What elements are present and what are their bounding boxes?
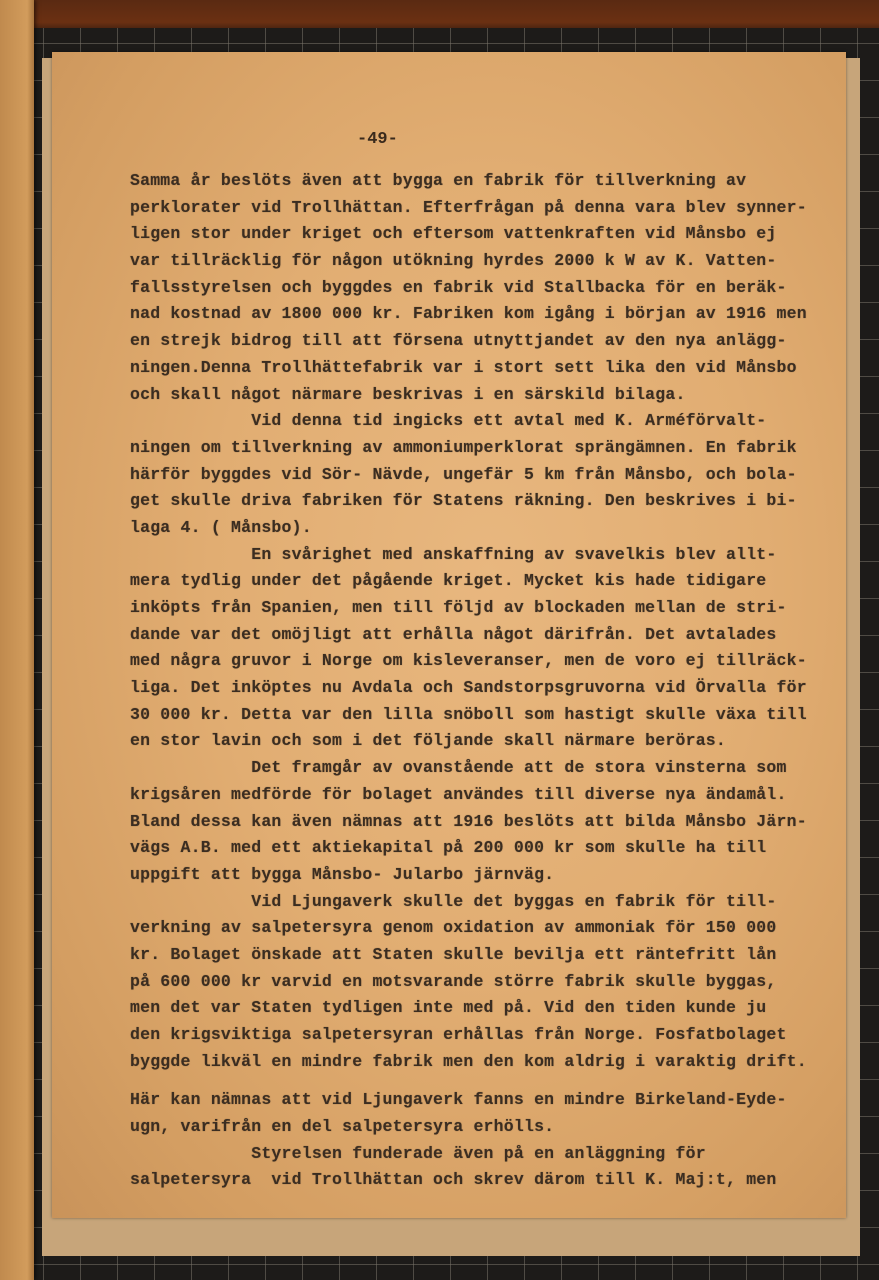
text-line: ningen.Denna Trollhättefabrik var i stor… [130, 355, 830, 382]
text-line: Här kan nämnas att vid Ljungaverk fanns … [130, 1087, 830, 1114]
text-line: krigsåren medförde för bolaget användes … [130, 782, 830, 809]
page-number: -49- [357, 130, 398, 149]
text-line: den krigsviktiga salpetersyran erhållas … [130, 1022, 830, 1049]
text-line: med några gruvor i Norge om kisleveranse… [130, 648, 830, 675]
text-line: kr. Bolaget önskade att Staten skulle be… [130, 942, 830, 969]
text-line: Bland dessa kan även nämnas att 1916 bes… [130, 809, 830, 836]
text-line: vägs A.B. med ett aktiekapital på 200 00… [130, 835, 830, 862]
text-line: ningen om tillverkning av ammoniumperklo… [130, 435, 830, 462]
text-line: verkning av salpetersyra genom oxidation… [130, 915, 830, 942]
text-line: men det var Staten tydligen inte med på.… [130, 995, 830, 1022]
text-line: en stor lavin och som i det följande ska… [130, 728, 830, 755]
text-line: en strejk bidrog till att försena utnytt… [130, 328, 830, 355]
text-line: och skall något närmare beskrivas i en s… [130, 382, 830, 409]
typewritten-body-text: Samma år beslöts även att bygga en fabri… [130, 168, 830, 1194]
text-line: get skulle driva fabriken för Statens rä… [130, 488, 830, 515]
text-line: Samma år beslöts även att bygga en fabri… [130, 168, 830, 195]
text-line: nad kostnad av 1800 000 kr. Fabriken kom… [130, 301, 830, 328]
text-line: härför byggdes vid Sör- Nävde, ungefär 5… [130, 462, 830, 489]
text-line: salpetersyra vid Trollhättan och skrev d… [130, 1167, 830, 1194]
text-line: Vid denna tid ingicks ett avtal med K. A… [130, 408, 830, 435]
text-line: Det framgår av ovanstående att de stora … [130, 755, 830, 782]
text-line: inköpts från Spanien, men till följd av … [130, 595, 830, 622]
text-line: En svårighet med anskaffning av svavelki… [130, 542, 830, 569]
paragraph-gap [130, 1075, 830, 1087]
text-line: laga 4. ( Månsbo). [130, 515, 830, 542]
text-line: 30 000 kr. Detta var den lilla snöboll s… [130, 702, 830, 729]
text-line: dande var det omöjligt att erhålla något… [130, 622, 830, 649]
text-line: på 600 000 kr varvid en motsvarande stör… [130, 969, 830, 996]
text-line: uppgift att bygga Månsbo- Jularbo järnvä… [130, 862, 830, 889]
text-line: mera tydlig under det pågående kriget. M… [130, 568, 830, 595]
text-line: liga. Det inköptes nu Avdala och Sandsto… [130, 675, 830, 702]
text-line: byggde likväl en mindre fabrik men den k… [130, 1049, 830, 1076]
text-line: Vid Ljungaverk skulle det byggas en fabr… [130, 889, 830, 916]
text-line: fallsstyrelsen och byggdes en fabrik vid… [130, 275, 830, 302]
text-line: perklorater vid Trollhättan. Efterfrågan… [130, 195, 830, 222]
text-line: var tillräcklig för någon utökning hyrde… [130, 248, 830, 275]
text-line: Styrelsen funderade även på en anläggnin… [130, 1141, 830, 1168]
text-line: ligen stor under kriget och eftersom vat… [130, 221, 830, 248]
adjacent-page-edge [0, 0, 34, 1280]
text-line: ugn, varifrån en del salpetersyra erhöll… [130, 1114, 830, 1141]
